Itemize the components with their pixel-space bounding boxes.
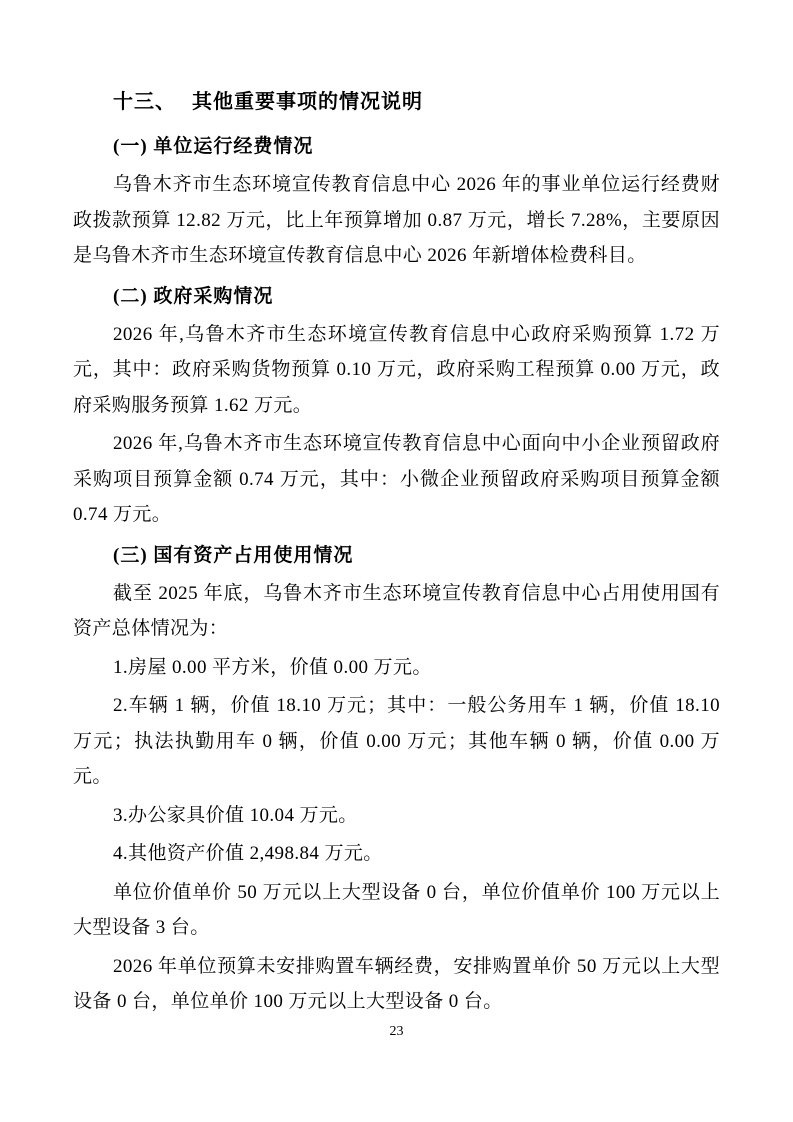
- paragraph-asset-item-vehicles: 2.车辆 1 辆，价值 18.10 万元；其中：一般公务用车 1 辆，价值 18…: [73, 688, 720, 795]
- paragraph-asset-item-furniture: 3.办公家具价值 10.04 万元。: [73, 798, 720, 834]
- section-13-heading-title: 其他重要事项的情况说明: [192, 91, 423, 113]
- paragraph-asset-item-housing: 1.房屋 0.00 平方米，价值 0.00 万元。: [73, 650, 720, 686]
- paragraph-large-equipment: 单位价值单价 50 万元以上大型设备 0 台，单位价值单价 100 万元以上大型…: [73, 875, 720, 946]
- paragraph-procurement-sme-reserve: 2026 年,乌鲁木齐市生态环境宣传教育信息中心面向中小企业预留政府采购项目预算…: [73, 426, 720, 533]
- paragraph-procurement-budget: 2026 年,乌鲁木齐市生态环境宣传教育信息中心政府采购预算 1.72 万元，其…: [73, 317, 720, 424]
- paragraph-unit-operating-expense: 乌鲁木齐市生态环境宣传教育信息中心 2026 年的事业单位运行经费财政拨款预算 …: [73, 167, 720, 274]
- section-13-heading: 十三、其他重要事项的情况说明: [73, 82, 720, 122]
- document-page: 十三、其他重要事项的情况说明 (一) 单位运行经费情况 乌鲁木齐市生态环境宣传教…: [0, 0, 793, 1122]
- paragraph-state-assets-intro: 截至 2025 年底，乌鲁木齐市生态环境宣传教育信息中心占用使用国有资产总体情况…: [73, 576, 720, 647]
- subsection-1-heading: (一) 单位运行经费情况: [73, 127, 720, 167]
- page-number: 23: [0, 1022, 793, 1042]
- subsection-3-heading: (三) 国有资产占用使用情况: [73, 536, 720, 576]
- section-13-heading-number: 十三、: [113, 91, 176, 113]
- paragraph-asset-item-other: 4.其他资产价值 2,498.84 万元。: [73, 836, 720, 872]
- subsection-2-heading: (二) 政府采购情况: [73, 277, 720, 317]
- paragraph-2026-purchase-plan: 2026 年单位预算未安排购置车辆经费，安排购置单价 50 万元以上大型设备 0…: [73, 949, 720, 1020]
